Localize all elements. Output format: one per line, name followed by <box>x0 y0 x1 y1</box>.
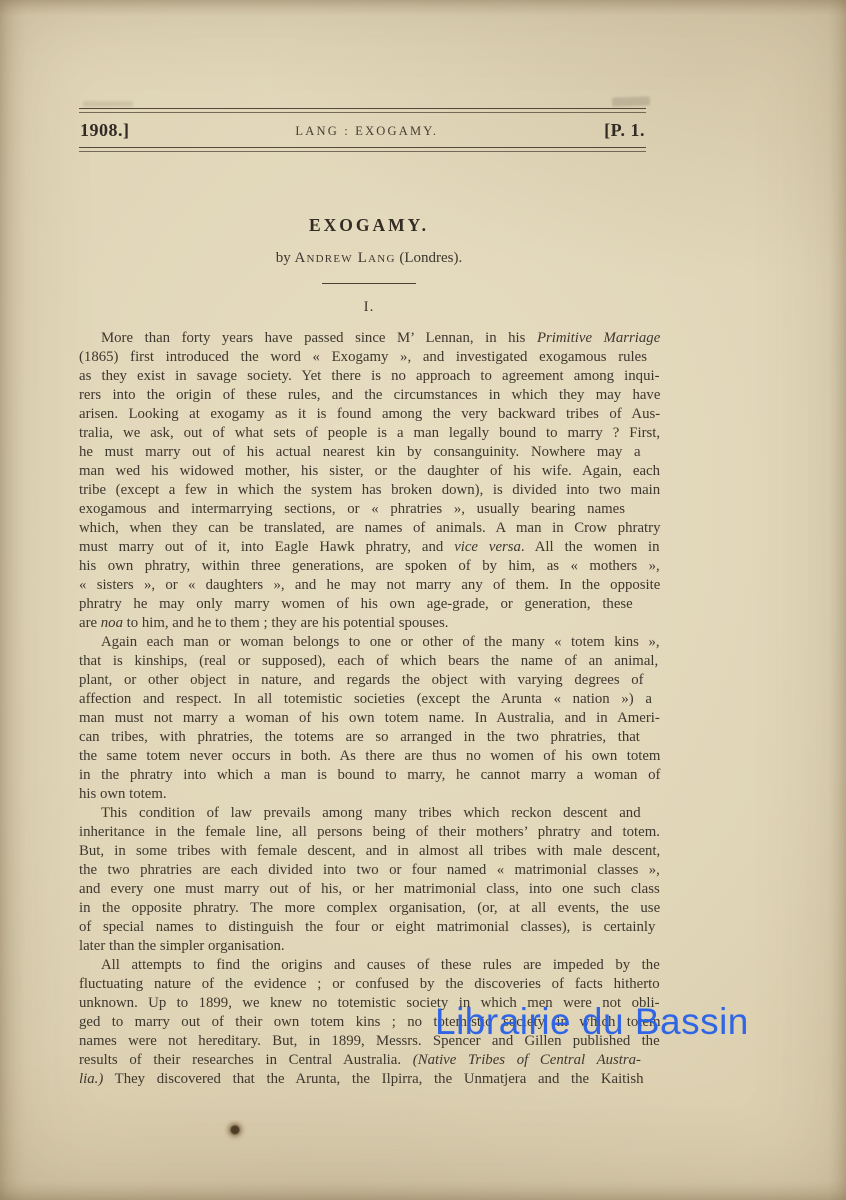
watermark-overlay: Librairie du Bassin <box>435 1001 749 1043</box>
header-running-title: LANG : EXOGAMY. <box>295 124 438 139</box>
text-line: All attempts to find the origins and cau… <box>79 956 660 975</box>
text-line: This condition of law prevails among man… <box>79 804 660 823</box>
text-line: results of their researches in Central A… <box>79 1051 660 1070</box>
article-body: More than forty years have passed since … <box>79 329 660 1089</box>
text-line: (1865) first introduced the word « Exoga… <box>79 348 660 367</box>
text-line: affection and respect. In all totemistic… <box>79 690 660 709</box>
text-line: Again each man or woman belongs to one o… <box>79 633 660 652</box>
text-line: his own totem. <box>79 785 660 804</box>
paper-foxing-spot <box>224 1120 246 1146</box>
running-header: 1908.] LANG : EXOGAMY. [P. 1. <box>79 108 646 152</box>
text-line: his own phratry, within three generation… <box>79 557 660 576</box>
text-line: in the opposite phratry. The more comple… <box>79 899 660 918</box>
pencil-smudge-right <box>612 96 650 106</box>
text-line: lia.) They discovered that the Arunta, t… <box>79 1070 660 1089</box>
text-line: tralia, we ask, out of what sets of peop… <box>79 424 660 443</box>
byline: by Andrew Lang (Londres). <box>79 250 659 267</box>
text-line: he must marry out of his actual nearest … <box>79 443 660 462</box>
text-line: later than the simpler organisation. <box>79 937 660 956</box>
byline-suffix: (Londres). <box>396 250 463 266</box>
header-year: 1908.] <box>80 120 130 141</box>
text-line: But, in some tribes with female descent,… <box>79 842 660 861</box>
text-line: phratry he may only marry women of his o… <box>79 595 660 614</box>
text-line: arisen. Looking at exogamy as it is foun… <box>79 405 660 424</box>
text-line: « sisters », or « daughters », and he ma… <box>79 576 660 595</box>
title-divider-rule <box>322 283 416 284</box>
text-line: the two phratries are each divided into … <box>79 861 660 880</box>
text-line: as they exist in savage society. Yet the… <box>79 367 660 386</box>
text-line: inheritance in the female line, all pers… <box>79 823 660 842</box>
text-line: must marry out of it, into Eagle Hawk ph… <box>79 538 660 557</box>
text-line: fluctuating nature of the evidence ; or … <box>79 975 660 994</box>
text-line: which, when they can be translated, are … <box>79 519 660 538</box>
text-line: are noa to him, and he to them ; they ar… <box>79 614 660 633</box>
text-line: can tribes, with phratries, the totems a… <box>79 728 660 747</box>
text-line: that is kinships, (real or supposed), ea… <box>79 652 660 671</box>
article-title: EXOGAMY. <box>79 215 659 236</box>
section-number: I. <box>79 299 659 316</box>
text-line: man wed his widowed mother, his sister, … <box>79 462 660 481</box>
text-line: the same totem never occurs in both. As … <box>79 747 660 766</box>
text-line: of special names to distinguish the four… <box>79 918 660 937</box>
header-rule-bottom <box>79 147 646 152</box>
text-line: exogamous and intermarrying sections, or… <box>79 500 660 519</box>
header-page-number: [P. 1. <box>604 120 645 141</box>
text-line: in the phratry into which a man is bound… <box>79 766 660 785</box>
text-line: rers into the origin of these rules, and… <box>79 386 660 405</box>
byline-prefix: by <box>276 250 295 266</box>
text-line: tribe (except a few in which the system … <box>79 481 660 500</box>
text-line: plant, or other object in nature, and re… <box>79 671 660 690</box>
header-row: 1908.] LANG : EXOGAMY. [P. 1. <box>79 113 646 147</box>
pencil-smudge-left <box>83 101 133 107</box>
text-line: More than forty years have passed since … <box>79 329 660 348</box>
text-line: man must not marry a woman of his own to… <box>79 709 660 728</box>
text-line: and every one must marry out of his, or … <box>79 880 660 899</box>
author-name: Andrew Lang <box>294 250 395 266</box>
scanned-page: 1908.] LANG : EXOGAMY. [P. 1. EXOGAMY. b… <box>0 0 846 1200</box>
